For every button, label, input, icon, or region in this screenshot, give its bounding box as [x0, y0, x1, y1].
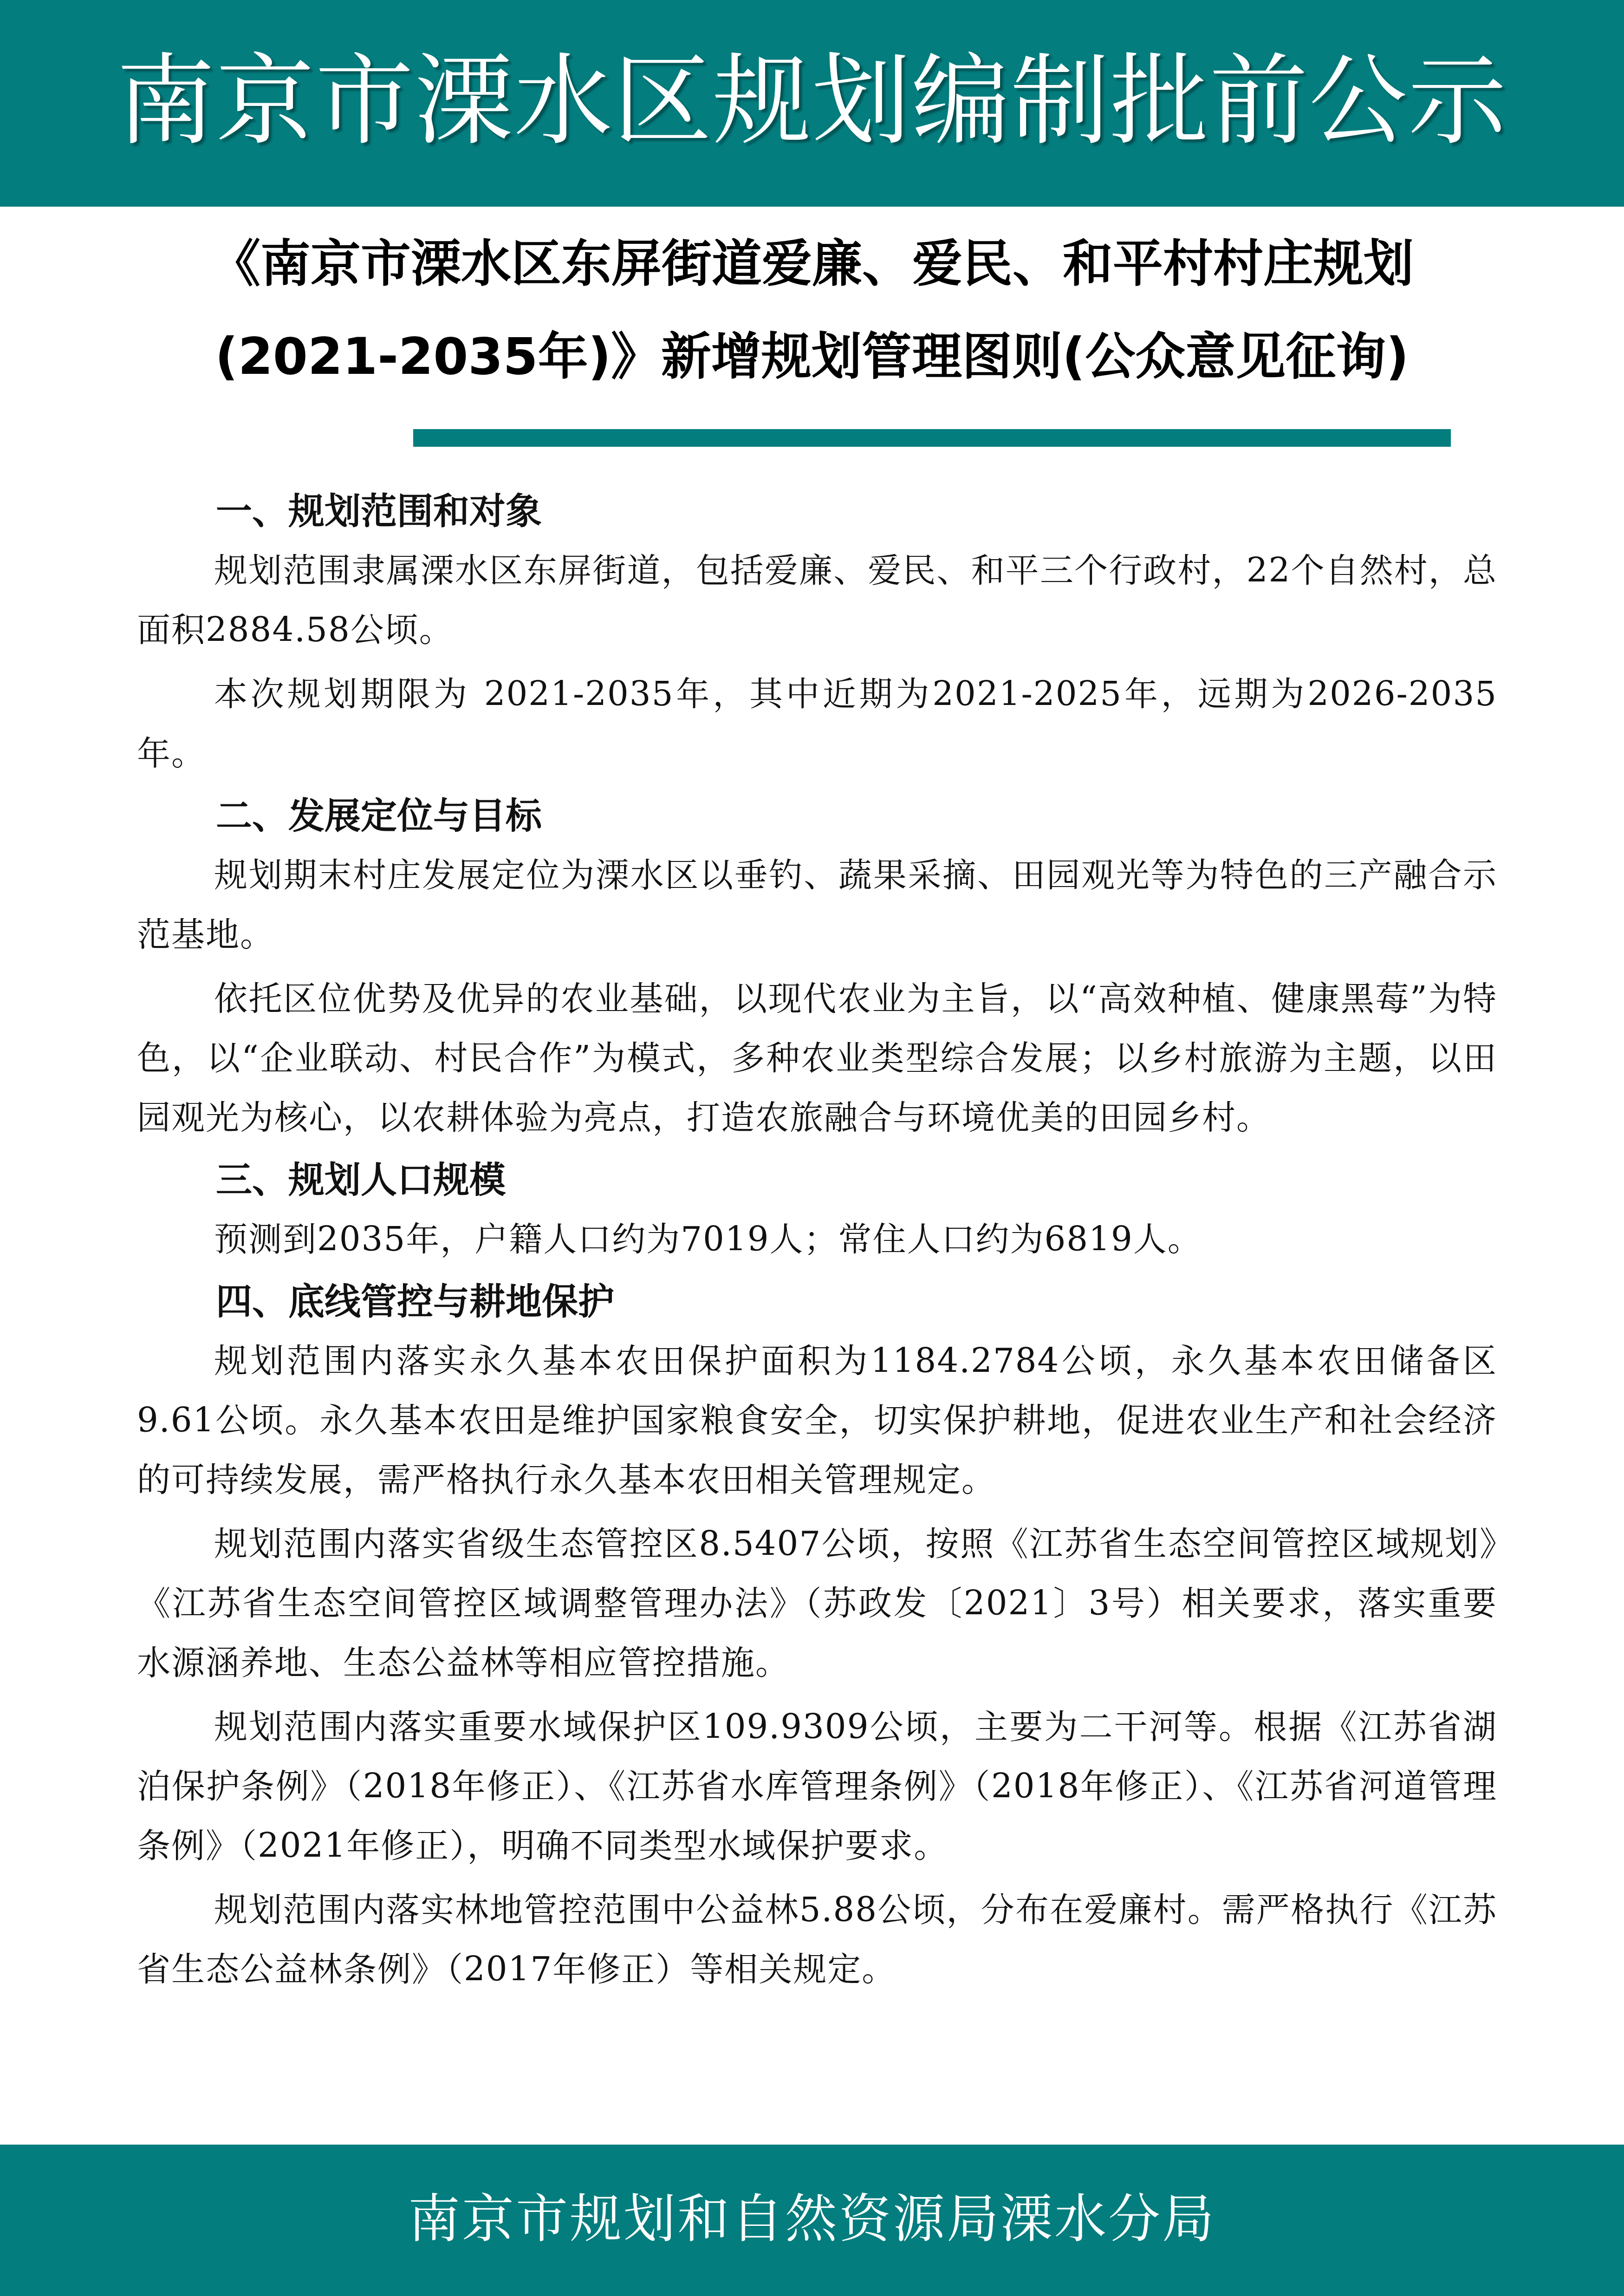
header-banner: 南京市溧水区规划编制批前公示 [0, 0, 1624, 207]
document-title-line-2: (2021-2035年)》新增规划管理图则(公众意见征询) [0, 332, 1624, 382]
footer-banner: 南京市规划和自然资源局溧水分局 [0, 2145, 1624, 2296]
paragraph: 规划范围内落实重要水域保护区109.9309公顷，主要为二干河等。根据《江苏省湖… [137, 1697, 1497, 1875]
paragraph: 规划范围内落实永久基本农田保护面积为1184.2784公顷，永久基本农田储备区9… [137, 1331, 1497, 1509]
paragraph: 预测到2035年，户籍人口约为7019人；常住人口约为6819人。 [137, 1209, 1497, 1269]
paragraph: 规划范围隶属溧水区东屏街道，包括爱廉、爱民、和平三个行政村，22个自然村，总面积… [137, 541, 1497, 659]
document-title-line-1: 《南京市溧水区东屏街道爱廉、爱民、和平村村庄规划 [0, 239, 1624, 289]
section-heading: 三、规划人口规模 [137, 1152, 1497, 1209]
notice-title: 南京市溧水区规划编制批前公示 [117, 52, 1507, 150]
issuer-name: 南京市规划和自然资源局溧水分局 [408, 2193, 1216, 2245]
section-scope: 一、规划范围和对象 规划范围隶属溧水区东屏街道，包括爱廉、爱民、和平三个行政村，… [137, 483, 1497, 783]
paragraph: 依托区位优势及优异的农业基础，以现代农业为主旨，以“高效种植、健康黑莓”为特色，… [137, 969, 1497, 1147]
title-divider-bar [413, 429, 1451, 447]
paragraph: 本次规划期限为 2021-2035年，其中近期为2021-2025年，远期为20… [137, 664, 1497, 783]
notice-body: 一、规划范围和对象 规划范围隶属溧水区东屏街道，包括爱廉、爱民、和平三个行政村，… [137, 483, 1497, 2003]
section-heading: 二、发展定位与目标 [137, 788, 1497, 845]
section-heading: 四、底线管控与耕地保护 [137, 1273, 1497, 1331]
section-bottom-line-control: 四、底线管控与耕地保护 规划范围内落实永久基本农田保护面积为1184.2784公… [137, 1273, 1497, 1999]
paragraph: 规划期末村庄发展定位为溧水区以垂钓、蔬果采摘、田园观光等为特色的三产融合示范基地… [137, 845, 1497, 964]
paragraph: 规划范围内落实林地管控范围中公益林5.88公顷，分布在爱廉村。需严格执行《江苏省… [137, 1880, 1497, 1999]
section-positioning: 二、发展定位与目标 规划期末村庄发展定位为溧水区以垂钓、蔬果采摘、田园观光等为特… [137, 788, 1497, 1147]
paragraph: 规划范围内落实省级生态管控区8.5407公顷，按照《江苏省生态空间管控区域规划》… [137, 1514, 1497, 1692]
section-population: 三、规划人口规模 预测到2035年，户籍人口约为7019人；常住人口约为6819… [137, 1152, 1497, 1269]
section-heading: 一、规划范围和对象 [137, 483, 1497, 541]
